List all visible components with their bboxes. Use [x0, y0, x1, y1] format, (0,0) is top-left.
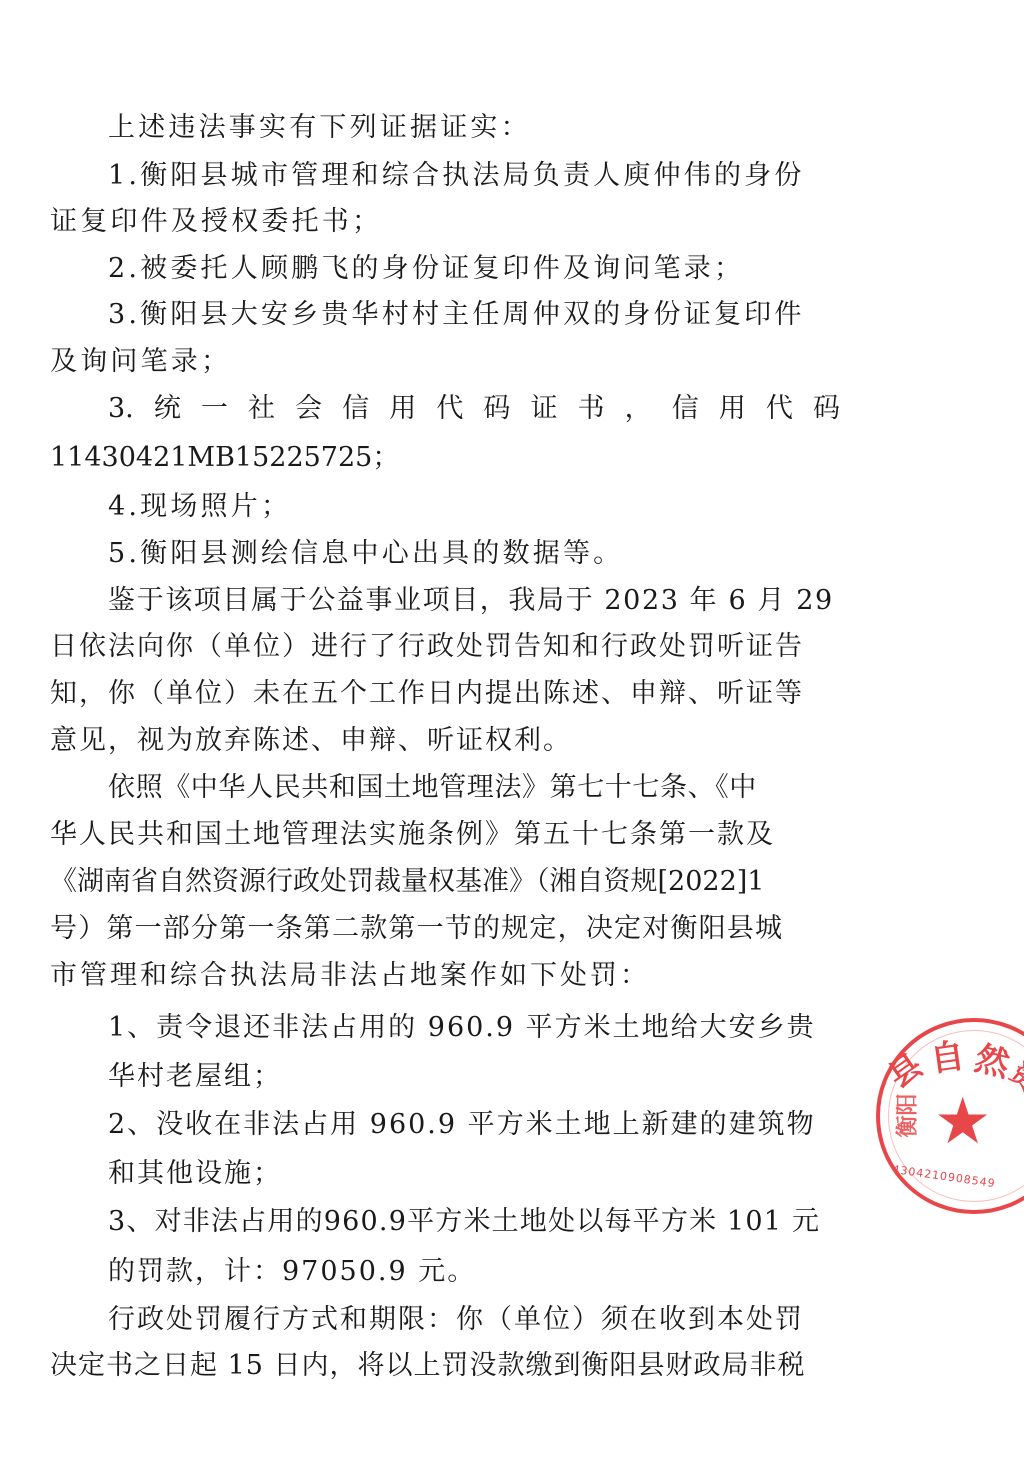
legal-basis-line-3: 《湖南省自然资源行政处罚裁量权基准》（湘自资规[2022]1: [50, 865, 840, 899]
text-fragment: 代: [436, 392, 463, 426]
evidence-item-1-line-2: 证复印件及授权委托书；: [50, 205, 840, 239]
legal-basis-line-4: 号）第一部分第一条第二款第一节的规定，决定对衡阳县城: [50, 912, 840, 946]
text-fragment: 统: [154, 392, 181, 426]
payment-terms-line-2: 决定书之日起 15 日内，将以上罚没款缴到衡阳县财政局非税: [50, 1349, 840, 1383]
text-fragment: 码: [483, 392, 510, 426]
star-icon: ★: [934, 1090, 991, 1154]
legal-basis-line-5: 市管理和综合执法局非法占地案作如下处罚：: [50, 959, 840, 993]
legal-basis-line-2: 华人民共和国土地管理法实施条例》第五十七条第一款及: [50, 818, 840, 852]
notice-paragraph-line-4: 意见，视为放弃陈述、申辩、听证权利。: [50, 724, 840, 758]
penalty-item-1-line-1: 1、责令退还非法占用的 960.9 平方米土地给大安乡贵: [108, 1011, 898, 1045]
text-fragment: 信: [342, 392, 369, 426]
text-fragment: 社: [248, 392, 275, 426]
text-fragment: ，: [625, 392, 652, 426]
seal-side-text: 衡阳: [891, 1093, 922, 1137]
legal-basis-line-1: 依照《中华人民共和国土地管理法》第七十七条、《中: [108, 771, 840, 805]
penalty-item-2-line-1: 2、没收在非法占用 960.9 平方米土地上新建的建筑物: [108, 1108, 898, 1142]
penalty-item-2-line-2: 和其他设施；: [108, 1157, 898, 1191]
text-fragment: 会: [295, 392, 322, 426]
text-fragment: 用: [389, 392, 416, 426]
credit-code: 11430421MB15225725；: [50, 441, 840, 475]
evidence-item-2: 2.被委托人顾鹏飞的身份证复印件及询问笔录；: [108, 252, 840, 286]
document-page: 上述违法事实有下列证据证实： 1.衡阳县城市管理和综合执法局负责人庾仲伟的身份 …: [0, 0, 1024, 1462]
official-seal: 县 自 然 资 衡阳 ★ 4304210908549: [876, 1018, 1024, 1214]
evidence-intro: 上述违法事实有下列证据证实：: [108, 111, 840, 145]
evidence-item-1-line-1: 1.衡阳县城市管理和综合执法局负责人庾仲伟的身份: [108, 159, 840, 193]
evidence-item-4: 4.现场照片；: [108, 490, 840, 524]
text-fragment: 一: [201, 392, 228, 426]
text-fragment: 码: [813, 392, 840, 426]
notice-paragraph-line-3: 知，你（单位）未在五个工作日内提出陈述、申辩、听证等: [50, 677, 840, 711]
penalty-item-1-line-2: 华村老屋组；: [108, 1060, 898, 1094]
penalty-item-3-line-1: 3、对非法占用的960.9平方米土地处以每平方米 101 元: [108, 1205, 898, 1239]
evidence-item-3-line-2: 及询问笔录；: [50, 345, 840, 379]
evidence-item-5: 5.衡阳县测绘信息中心出具的数据等。: [108, 537, 840, 571]
notice-paragraph-line-1: 鉴于该项目属于公益事业项目，我局于 2023 年 6 月 29: [108, 584, 840, 618]
text-fragment: 用: [719, 392, 746, 426]
text-fragment: 书: [578, 392, 605, 426]
text-fragment: 证: [530, 392, 557, 426]
text-fragment: 代: [766, 392, 793, 426]
payment-terms-line-1: 行政处罚履行方式和期限：你（单位）须在收到本处罚: [108, 1303, 840, 1337]
text-fragment: 信: [672, 392, 699, 426]
penalty-item-3-line-2: 的罚款，计：97050.9 元。: [108, 1255, 898, 1289]
evidence-item-3b-line-1: 3. 统 一 社 会 信 用 代 码 证 书 ， 信 用 代 码: [108, 392, 840, 426]
evidence-item-3-line-1: 3.衡阳县大安乡贵华村村主任周仲双的身份证复印件: [108, 298, 840, 332]
seal-char: 自: [927, 1028, 967, 1081]
notice-paragraph-line-2: 日依法向你（单位）进行了行政处罚告知和行政处罚听证告: [50, 630, 840, 664]
text-fragment: 3.: [108, 392, 134, 426]
